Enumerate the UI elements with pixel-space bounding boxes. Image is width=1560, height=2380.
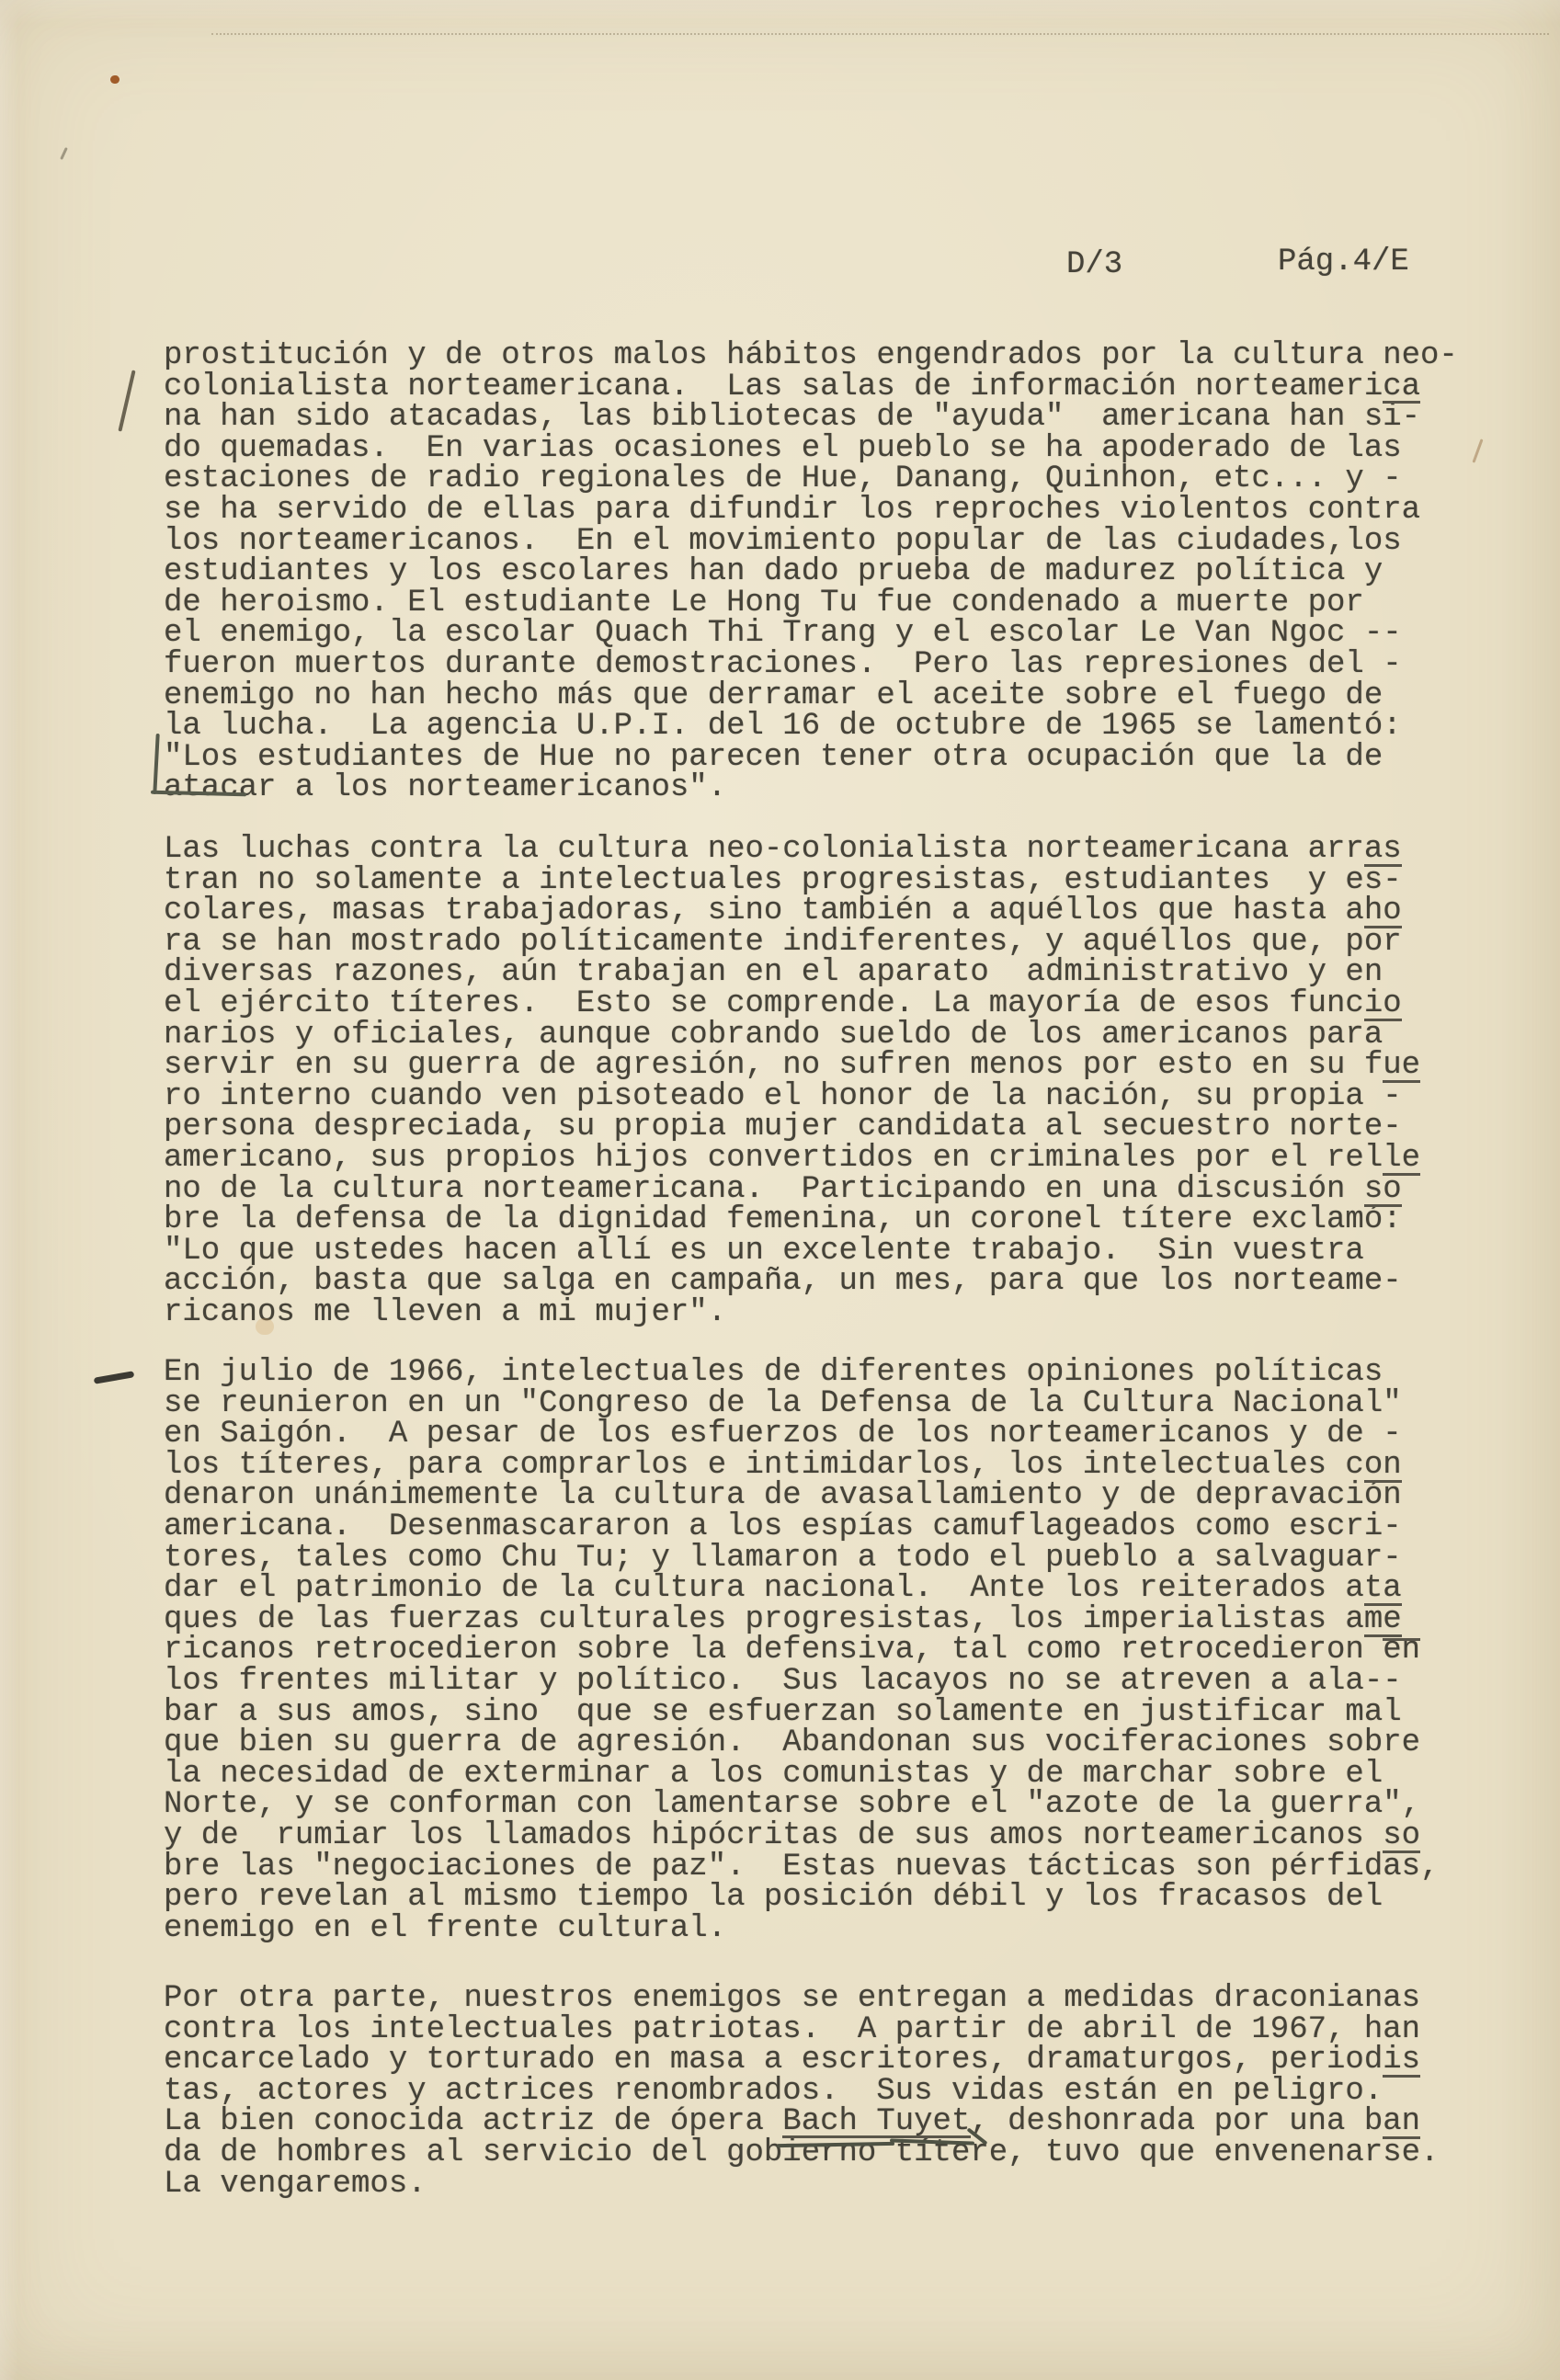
typed-underline-funcio	[1364, 1019, 1402, 1021]
typed-underline-con	[1364, 1480, 1402, 1483]
typed-underline-aho	[1364, 926, 1402, 928]
fold-line	[211, 33, 1549, 35]
typed-underline-periodis	[1383, 2075, 1420, 2078]
paper-stain	[256, 1318, 274, 1335]
paragraph-3: En julio de 1966, intelectuales de difer…	[164, 1358, 1439, 1944]
pencil-slash-mark	[118, 370, 135, 431]
typed-underline-relle	[1383, 1173, 1420, 1176]
doc-reference: D/3	[1066, 249, 1122, 280]
paragraph-4: Por otra parte, nuestros enemigos se ent…	[164, 1984, 1439, 2200]
typed-underline-ame	[1364, 1634, 1402, 1637]
typed-underline-ban	[1383, 2136, 1420, 2139]
page-number: Pág.4/E	[1278, 246, 1409, 278]
typed-underline-ata	[1364, 1603, 1402, 1606]
typed-underline-norteamerica	[1383, 401, 1420, 404]
typed-overline-en	[1383, 1638, 1420, 1641]
margin-tick-mark	[94, 1371, 135, 1384]
typed-underline-so-1	[1364, 1204, 1402, 1207]
paragraph-1: prostitución y de otros malos hábitos en…	[164, 341, 1458, 804]
bracket-mark-vertical	[153, 734, 159, 794]
typed-underline-arras	[1364, 864, 1402, 867]
page: D/3 Pág.4/E prostitución y de otros malo…	[0, 0, 1560, 2380]
typed-underline-bach-tuyet	[782, 2135, 971, 2138]
typed-underline-so-2	[1383, 1850, 1420, 1853]
paragraph-2: Las luchas contra la cultura neo-colonia…	[164, 835, 1420, 1329]
rust-spot	[110, 75, 120, 84]
typed-underline-fue	[1383, 1080, 1420, 1083]
small-curl-mark	[60, 147, 68, 160]
margin-slash-faint	[1472, 438, 1483, 462]
